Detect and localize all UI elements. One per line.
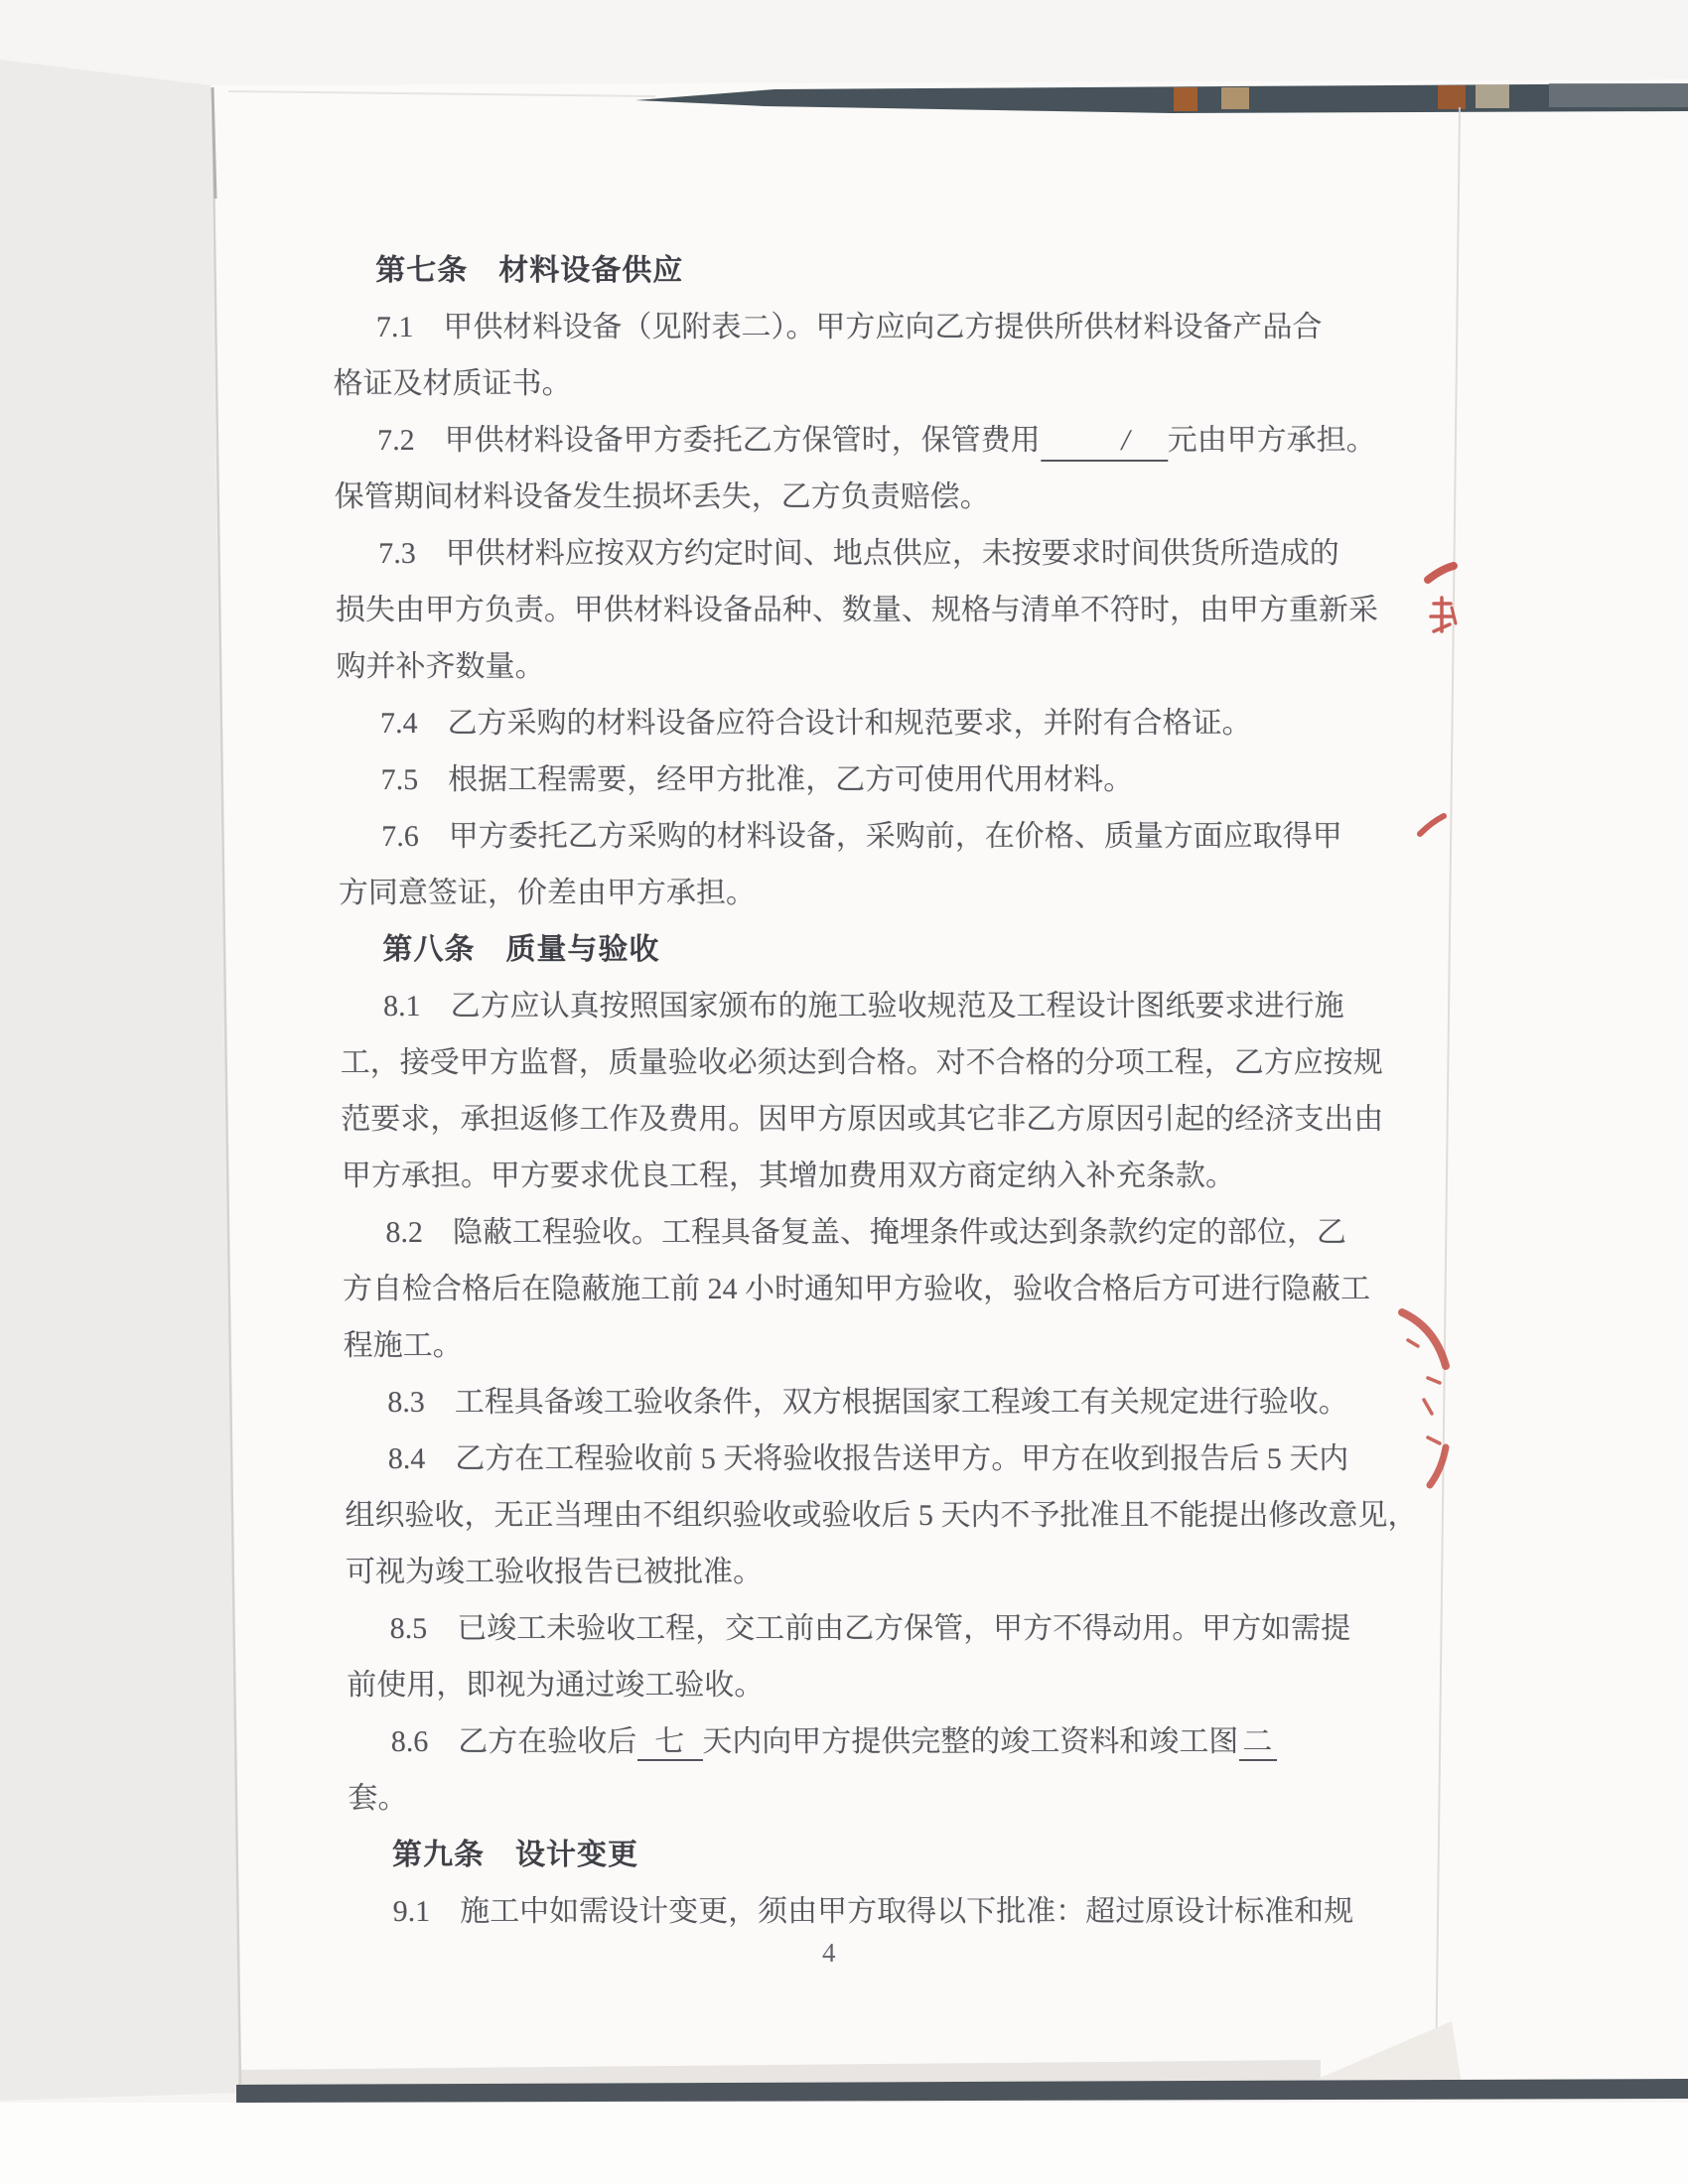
page-number: 4 [822, 1938, 836, 1968]
text-line: 程施工。 [343, 1317, 1361, 1374]
text-line: 9.1 施工中如需设计变更，须由甲方取得以下批准：超过原设计标准和规 [349, 1883, 1367, 1940]
underlined-text: 七 [636, 1725, 702, 1761]
text-line: 范要求，承担返修工作及费用。因甲方原因或其它非乙方原因引起的经济支出由 [341, 1091, 1359, 1148]
scanned-contract-page: 第七条 材料设备供应7.1 甲供材料设备（见附表二）。甲方应向乙方提供所供材料设… [0, 0, 1688, 2184]
text-run: 天内向甲方提供完整的竣工资料和竣工图 [702, 1725, 1238, 1758]
text-run: 保管期间材料设备发生损坏丢失，乙方负责赔偿。 [335, 480, 990, 513]
text-run: 8.6 乙方在验收后 [391, 1725, 637, 1758]
text-line: 工，接受甲方监督，质量验收必须达到合格。对不合格的分项工程，乙方应按规 [340, 1034, 1358, 1091]
text-run: 组织验收，无正当理由不组织验收或验收后 5 天内不予批准且不能提出修改意见， [345, 1499, 1417, 1532]
text-run: 购并补齐数量。 [336, 650, 544, 683]
text-run: 损失由甲方负责。甲供材料设备品种、数量、规格与清单不符时，由甲方重新采 [336, 594, 1378, 626]
text-line: 8.5 已竣工未验收工程，交工前由乙方保管，甲方不得动用。甲方如需提 [346, 1600, 1364, 1657]
text-run: 可视为竣工验收报告已被批准。 [346, 1556, 763, 1588]
text-run: 甲方承担。甲方要求优良工程，其增加费用双方商定纳入补充条款。 [342, 1160, 1235, 1192]
text-run: 范要求，承担返修工作及费用。因甲方原因或其它非乙方原因引起的经济支出由 [341, 1103, 1383, 1136]
text-line: 方同意签证，价差由甲方承担。 [339, 865, 1357, 921]
text-run: 第八条 质量与验收 [382, 933, 659, 966]
text-run: 8.1 乙方应认真按照国家颁布的施工验收规范及工程设计图纸要求进行施 [383, 990, 1344, 1023]
text-line: 8.4 乙方在工程验收前 5 天将验收报告送甲方。甲方在收到报告后 5 天内 [345, 1431, 1363, 1487]
text-run: 7.3 甲供材料应按双方约定时间、地点供应，未按要求时间供货所造成的 [378, 537, 1339, 570]
text-run: 7.6 甲方委托乙方采购的材料设备，采购前，在价格、质量方面应取得甲 [381, 820, 1342, 853]
text-line: 可视为竣工验收报告已被批准。 [346, 1544, 1364, 1600]
text-run: 8.5 已竣工未验收工程，交工前由乙方保管，甲方不得动用。甲方如需提 [389, 1612, 1350, 1645]
text-line: 甲方承担。甲方要求优良工程，其增加费用双方商定纳入补充条款。 [342, 1148, 1360, 1204]
text-line: 购并补齐数量。 [336, 638, 1354, 695]
text-line: 方自检合格后在隐蔽施工前 24 小时通知甲方验收，验收合格后方可进行隐蔽工 [343, 1261, 1361, 1317]
text-run: 格证及材质证书。 [333, 367, 571, 400]
text-run: 9.1 施工中如需设计变更，须由甲方取得以下批准：超过原设计标准和规 [392, 1895, 1353, 1928]
text-run: 第九条 设计变更 [392, 1839, 638, 1871]
text-run: 前使用，即视为通过竣工验收。 [347, 1669, 764, 1702]
text-run: 8.4 乙方在工程验收前 5 天将验收报告送甲方。甲方在收到报告后 5 天内 [388, 1442, 1349, 1475]
text-run: 程施工。 [343, 1329, 462, 1362]
text-run: 方同意签证，价差由甲方承担。 [339, 877, 756, 909]
text-line: 保管期间材料设备发生损坏丢失，乙方负责赔偿。 [334, 469, 1352, 525]
underlined-text: 二 [1238, 1725, 1276, 1761]
text-run: 元由甲方承担。 [1167, 424, 1375, 457]
contract-text-block: 第七条 材料设备供应7.1 甲供材料设备（见附表二）。甲方应向乙方提供所供材料设… [332, 242, 1367, 1940]
text-run: 8.2 隐蔽工程验收。工程具备复盖、掩埋条件或达到条款约定的部位，乙 [385, 1216, 1346, 1249]
clause-heading: 第八条 质量与验收 [339, 921, 1357, 978]
text-line: 前使用，即视为通过竣工验收。 [347, 1657, 1365, 1713]
text-line: 格证及材质证书。 [333, 355, 1351, 412]
text-line: 7.3 甲供材料应按双方约定时间、地点供应，未按要求时间供货所造成的 [335, 525, 1353, 582]
text-line: 8.3 工程具备竣工验收条件，双方根据国家工程竣工有关规定进行验收。 [344, 1374, 1362, 1431]
text-run: 7.1 甲供材料设备（见附表二）。甲方应向乙方提供所供材料设备产品合 [376, 311, 1323, 343]
text-run: 第七条 材料设备供应 [375, 254, 683, 287]
clause-heading: 第九条 设计变更 [349, 1827, 1367, 1883]
text-line: 7.6 甲方委托乙方采购的材料设备，采购前，在价格、质量方面应取得甲 [338, 808, 1356, 865]
backdrop-left-strip [0, 60, 239, 2101]
text-line: 8.6 乙方在验收后七天内向甲方提供完整的竣工资料和竣工图二 [348, 1713, 1366, 1770]
text-run: 套。 [348, 1782, 407, 1815]
text-run: 方自检合格后在隐蔽施工前 24 小时通知甲方验收，验收合格后方可进行隐蔽工 [343, 1273, 1370, 1305]
text-line: 组织验收，无正当理由不组织验收或验收后 5 天内不予批准且不能提出修改意见， [345, 1487, 1363, 1544]
text-run: 8.3 工程具备竣工验收条件，双方根据国家工程竣工有关规定进行验收。 [387, 1386, 1348, 1419]
text-run: 工，接受甲方监督，质量验收必须达到合格。对不合格的分项工程，乙方应按规 [340, 1046, 1382, 1079]
text-line: 7.4 乙方采购的材料设备应符合设计和规范要求，并附有合格证。 [337, 695, 1355, 751]
text-run: 7.2 甲供材料设备甲方委托乙方保管时，保管费用 [377, 424, 1041, 457]
text-line: 套。 [348, 1770, 1366, 1827]
text-run: 7.4 乙方采购的材料设备应符合设计和规范要求，并附有合格证。 [380, 707, 1252, 740]
text-line: 损失由甲方负责。甲供材料设备品种、数量、规格与清单不符时，由甲方重新采 [336, 582, 1354, 638]
fill-in-blank: / [1040, 424, 1167, 462]
text-run: 7.5 根据工程需要，经甲方批准，乙方可使用代用材料。 [380, 763, 1133, 796]
text-line: 7.1 甲供材料设备（见附表二）。甲方应向乙方提供所供材料设备产品合 [333, 299, 1351, 355]
text-line: 7.2 甲供材料设备甲方委托乙方保管时，保管费用/元由甲方承担。 [334, 412, 1352, 469]
text-line: 8.2 隐蔽工程验收。工程具备复盖、掩埋条件或达到条款约定的部位，乙 [342, 1204, 1360, 1261]
text-line: 7.5 根据工程需要，经甲方批准，乙方可使用代用材料。 [337, 751, 1355, 808]
clause-heading: 第七条 材料设备供应 [332, 242, 1350, 299]
text-line: 8.1 乙方应认真按照国家颁布的施工验收规范及工程设计图纸要求进行施 [340, 978, 1358, 1034]
